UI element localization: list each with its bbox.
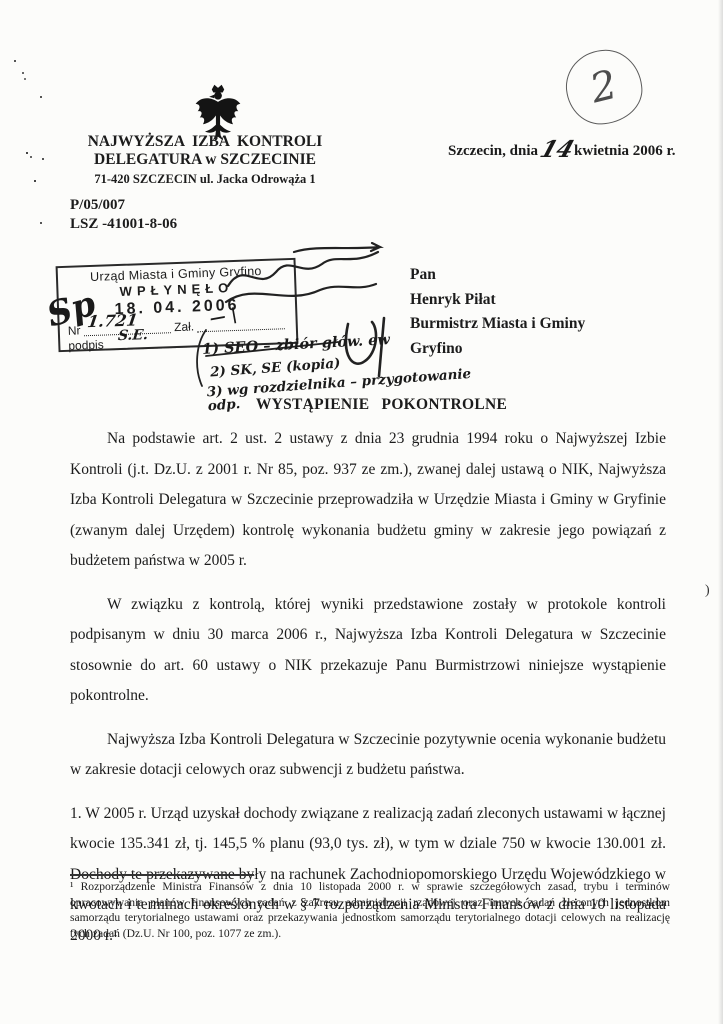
issuer-branch: DELEGATURA w SZCZECINIE — [55, 151, 355, 169]
footnote-text: ¹ Rozporządzenie Ministra Finansów z dni… — [70, 879, 670, 941]
scan-noise-specks — [14, 60, 16, 62]
date-line: Szczecin, dnia14kwietnia 2006 r. — [448, 134, 688, 161]
document-title: WYSTĄPIENIE POKONTROLNE — [40, 396, 723, 414]
date-suffix: kwietnia 2006 r. — [574, 143, 676, 159]
footnote-separator — [70, 874, 254, 876]
case-number: P/05/007 — [70, 196, 177, 215]
body-paragraph: Na podstawie art. 2 ust. 2 ustawy z dnia… — [70, 424, 666, 577]
handwritten-day: 14 — [537, 136, 578, 163]
handwritten-podpis-value: S.E. — [117, 327, 149, 344]
recipient-city: Gryfino — [410, 337, 585, 362]
file-number: LSZ -41001-8-06 — [70, 215, 177, 234]
reference-block: P/05/007 LSZ -41001-8-06 — [70, 196, 177, 234]
footnote-block: ¹ Rozporządzenie Ministra Finansów z dni… — [70, 874, 670, 941]
issuer-address: 71-420 SZCZECIN ul. Jacka Odrowąża 1 — [55, 170, 355, 188]
issuer-name: NAJWYŻSZA IZBA KONTROLI — [55, 133, 355, 151]
body-paragraph: Najwyższa Izba Kontroli Delegatura w Szc… — [70, 725, 666, 786]
stray-scan-mark: ) — [705, 583, 710, 599]
stamp-zal-label: Zał. — [174, 320, 194, 333]
recipient-title: Burmistrz Miasta i Gminy — [410, 312, 585, 337]
date-prefix: Szczecin, dnia — [448, 143, 538, 159]
handwritten-page-number-circle: 2 — [562, 46, 645, 128]
handwritten-page-number: 2 — [586, 62, 622, 113]
issuer-header: NAJWYŻSZA IZBA KONTROLI DELEGATURA w SZC… — [55, 133, 355, 188]
recipient-salutation: Pan — [410, 263, 585, 288]
body-paragraph: W związku z kontrolą, której wyniki prze… — [70, 590, 666, 712]
recipient-name: Henryk Piłat — [410, 288, 585, 313]
recipient-block: Pan Henryk Piłat Burmistrz Miasta i Gmin… — [410, 263, 585, 361]
scanned-document-page: 2 NAJWYŻSZA IZBA KONTROLI DELEGATURA w S… — [0, 0, 723, 1024]
stamp-podpis-label: podpis — [68, 339, 104, 352]
